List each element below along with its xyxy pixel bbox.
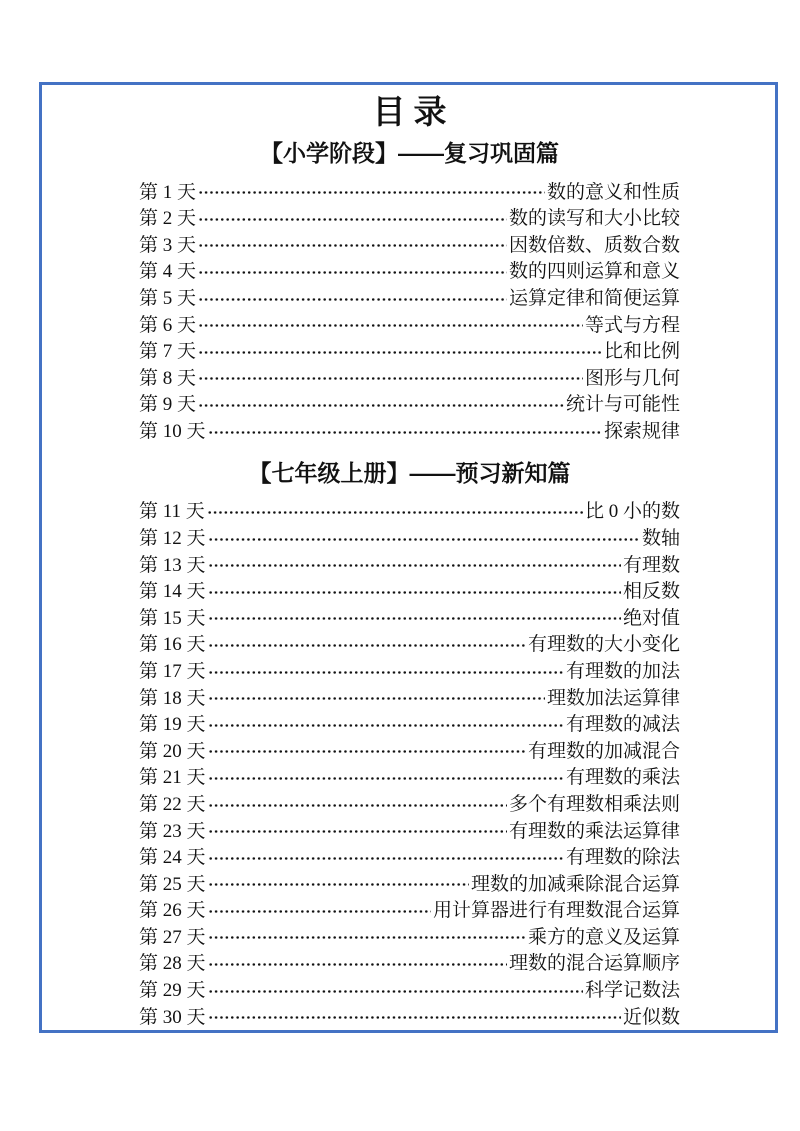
dot-leader (208, 1005, 621, 1032)
toc-entry-topic: 有理数的加减混合 (528, 739, 680, 766)
dot-leader (198, 339, 602, 366)
toc-entry-day: 第 14 天 (139, 579, 206, 606)
toc-body: 【小学阶段】——复习巩固篇 第 1 天 数的意义和性质 第 2 天 数的读写和大… (139, 139, 680, 1031)
toc-entry-topic: 乘方的意义及运算 (528, 925, 680, 952)
toc-entry-day: 第 27 天 (139, 925, 206, 952)
toc-entry: 第 26 天 用计算器进行有理数混合运算 (139, 898, 680, 925)
dot-leader (208, 765, 564, 792)
toc-entry-topic: 绝对值 (623, 606, 680, 633)
toc-entry-day: 第 6 天 (139, 313, 196, 340)
dot-leader (208, 978, 583, 1005)
toc-entry-day: 第 26 天 (139, 898, 206, 925)
toc-entry: 第 8 天 图形与几何 (139, 366, 680, 393)
toc-entry-topic: 探索规律 (604, 419, 680, 446)
dot-leader (208, 632, 526, 659)
dot-leader (208, 819, 507, 846)
toc-entry-topic: 有理数的加法 (566, 659, 680, 686)
toc-entry: 第 27 天 乘方的意义及运算 (139, 925, 680, 952)
dot-leader (208, 925, 526, 952)
dot-leader (198, 180, 545, 207)
toc-entry-day: 第 10 天 (139, 419, 206, 446)
toc-entry: 第 15 天 绝对值 (139, 606, 680, 633)
toc-section: 【小学阶段】——复习巩固篇 第 1 天 数的意义和性质 第 2 天 数的读写和大… (139, 139, 680, 446)
toc-entry: 第 16 天 有理数的大小变化 (139, 632, 680, 659)
dot-leader (208, 659, 564, 686)
toc-entry-topic: 数的读写和大小比较 (509, 206, 680, 233)
toc-entry: 第 19 天 有理数的减法 (139, 712, 680, 739)
toc-entry: 第 7 天 比和比例 (139, 339, 680, 366)
toc-entry: 第 5 天 运算定律和简便运算 (139, 286, 680, 313)
toc-entry-day: 第 23 天 (139, 819, 206, 846)
toc-entry-topic: 有理数的乘法 (566, 765, 680, 792)
toc-entry-day: 第 1 天 (139, 180, 196, 207)
dot-leader (198, 233, 507, 260)
section-heading: 【七年级上册】——预习新知篇 (139, 459, 680, 488)
dot-leader (198, 366, 583, 393)
toc-entry: 第 6 天 等式与方程 (139, 313, 680, 340)
toc-entry: 第 25 天 理数的加减乘除混合运算 (139, 872, 680, 899)
toc-entry-topic: 理数加法运算律 (547, 686, 680, 713)
dot-leader (208, 606, 621, 633)
dot-leader (208, 526, 640, 553)
toc-entry: 第 20 天 有理数的加减混合 (139, 739, 680, 766)
toc-entry-day: 第 12 天 (139, 526, 206, 553)
toc-entry: 第 21 天 有理数的乘法 (139, 765, 680, 792)
dot-leader (198, 206, 507, 233)
dot-leader (208, 845, 564, 872)
toc-entry-day: 第 25 天 (139, 872, 206, 899)
toc-entry: 第 10 天 探索规律 (139, 419, 680, 446)
toc-entry-topic: 理数的加减乘除混合运算 (471, 872, 680, 899)
toc-entry-topic: 因数倍数、质数合数 (509, 233, 680, 260)
dot-leader (208, 872, 469, 899)
toc-entry: 第 12 天 数轴 (139, 526, 680, 553)
dot-leader (198, 392, 564, 419)
toc-entry-day: 第 20 天 (139, 739, 206, 766)
dot-leader (208, 792, 507, 819)
toc-entry: 第 29 天 科学记数法 (139, 978, 680, 1005)
toc-entry: 第 17 天 有理数的加法 (139, 659, 680, 686)
toc-entry-day: 第 28 天 (139, 951, 206, 978)
toc-entry-day: 第 13 天 (139, 553, 206, 580)
toc-entry: 第 24 天 有理数的除法 (139, 845, 680, 872)
toc-entry: 第 1 天 数的意义和性质 (139, 180, 680, 207)
toc-entry-topic: 有理数的减法 (566, 712, 680, 739)
toc-entry-day: 第 18 天 (139, 686, 206, 713)
toc-entry-day: 第 19 天 (139, 712, 206, 739)
dot-leader (208, 579, 621, 606)
toc-entry: 第 23 天 有理数的乘法运算律 (139, 819, 680, 846)
toc-entry-day: 第 17 天 (139, 659, 206, 686)
toc-entry: 第 11 天 比 0 小的数 (139, 499, 680, 526)
toc-entry-day: 第 5 天 (139, 286, 196, 313)
toc-entry-topic: 比 0 小的数 (585, 499, 680, 526)
toc-entry: 第 4 天 数的四则运算和意义 (139, 259, 680, 286)
dot-leader (208, 712, 564, 739)
toc-entry-topic: 理数的混合运算顺序 (509, 951, 680, 978)
section-entries: 第 1 天 数的意义和性质 第 2 天 数的读写和大小比较 第 3 天 因数倍数… (139, 180, 680, 446)
toc-entry-topic: 有理数的乘法运算律 (509, 819, 680, 846)
toc-entry: 第 30 天 近似数 (139, 1005, 680, 1032)
toc-entry-day: 第 30 天 (139, 1005, 206, 1032)
toc-entry-topic: 有理数 (623, 553, 680, 580)
toc-entry-topic: 近似数 (623, 1005, 680, 1032)
section-entries: 第 11 天 比 0 小的数 第 12 天 数轴 第 13 天 有理数 第 14… (139, 499, 680, 1031)
toc-entry-topic: 统计与可能性 (566, 392, 680, 419)
toc-entry-topic: 图形与几何 (585, 366, 680, 393)
toc-entry-day: 第 22 天 (139, 792, 206, 819)
toc-entry-topic: 运算定律和简便运算 (509, 286, 680, 313)
toc-entry-topic: 多个有理数相乘法则 (509, 792, 680, 819)
toc-entry-day: 第 2 天 (139, 206, 196, 233)
toc-entry-day: 第 29 天 (139, 978, 206, 1005)
toc-entry-topic: 有理数的除法 (566, 845, 680, 872)
dot-leader (198, 286, 507, 313)
toc-entry-topic: 等式与方程 (585, 313, 680, 340)
dot-leader (208, 898, 431, 925)
toc-entry-day: 第 16 天 (139, 632, 206, 659)
toc-entry: 第 2 天 数的读写和大小比较 (139, 206, 680, 233)
toc-entry-day: 第 9 天 (139, 392, 196, 419)
dot-leader (208, 419, 602, 446)
toc-section: 【七年级上册】——预习新知篇 第 11 天 比 0 小的数 第 12 天 数轴 … (139, 459, 680, 1032)
toc-entry-day: 第 21 天 (139, 765, 206, 792)
toc-entry-topic: 科学记数法 (585, 978, 680, 1005)
page-title: 目录 (139, 93, 680, 131)
dot-leader (208, 553, 621, 580)
dot-leader (198, 259, 507, 286)
toc-entry-day: 第 24 天 (139, 845, 206, 872)
toc-entry-day: 第 8 天 (139, 366, 196, 393)
dot-leader (207, 499, 583, 526)
toc-entry-day: 第 7 天 (139, 339, 196, 366)
toc-entry: 第 22 天 多个有理数相乘法则 (139, 792, 680, 819)
toc-entry-topic: 用计算器进行有理数混合运算 (433, 898, 680, 925)
toc-entry-day: 第 3 天 (139, 233, 196, 260)
dot-leader (198, 313, 583, 340)
dot-leader (208, 686, 545, 713)
toc-entry-day: 第 11 天 (139, 499, 205, 526)
toc-entry-topic: 相反数 (623, 579, 680, 606)
section-heading: 【小学阶段】——复习巩固篇 (139, 139, 680, 168)
dot-leader (208, 739, 526, 766)
toc-entry: 第 28 天 理数的混合运算顺序 (139, 951, 680, 978)
page-border: 目录 【小学阶段】——复习巩固篇 第 1 天 数的意义和性质 第 2 天 数的读… (39, 82, 778, 1033)
toc-entry: 第 9 天 统计与可能性 (139, 392, 680, 419)
toc-entry: 第 18 天 理数加法运算律 (139, 686, 680, 713)
toc-entry-topic: 比和比例 (604, 339, 680, 366)
toc-entry-day: 第 4 天 (139, 259, 196, 286)
toc-entry-topic: 数的意义和性质 (547, 180, 680, 207)
toc-entry-day: 第 15 天 (139, 606, 206, 633)
toc-entry: 第 14 天 相反数 (139, 579, 680, 606)
toc-entry-topic: 有理数的大小变化 (528, 632, 680, 659)
dot-leader (208, 951, 507, 978)
toc-entry-topic: 数的四则运算和意义 (509, 259, 680, 286)
toc-entry: 第 13 天 有理数 (139, 553, 680, 580)
toc-entry-topic: 数轴 (642, 526, 680, 553)
toc-entry: 第 3 天 因数倍数、质数合数 (139, 233, 680, 260)
